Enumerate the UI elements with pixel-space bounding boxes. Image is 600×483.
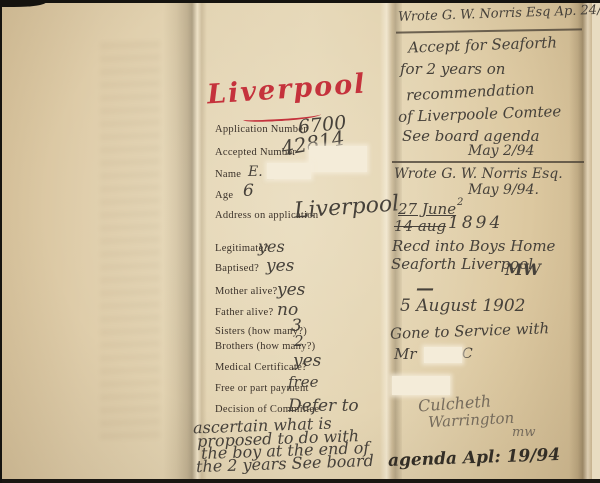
redaction-box-name bbox=[267, 163, 311, 179]
clerk-monogram: MW bbox=[505, 260, 541, 279]
value-baptised: yes bbox=[266, 256, 294, 276]
label-father-alive: Father alive? bbox=[215, 307, 273, 318]
value-brothers: 2 bbox=[294, 332, 304, 350]
photo-edge-left bbox=[0, 0, 2, 483]
photo-edge-top-left-corner bbox=[0, 0, 46, 7]
clerk-initials-small: mw bbox=[512, 425, 535, 440]
value-legitimate: yes bbox=[258, 237, 285, 256]
label-baptised: Baptised? bbox=[215, 263, 259, 274]
left-fold-crease bbox=[163, 0, 207, 483]
label-age: Age bbox=[215, 190, 233, 201]
label-name: Name bbox=[215, 169, 241, 180]
liverpool-red-stamp: Liverpool bbox=[206, 68, 367, 110]
note-wrote-norris-may: Wrote G. W. Norris Esq. bbox=[394, 166, 563, 182]
note-superscript-2: 2 bbox=[457, 197, 463, 208]
photo-edge-top bbox=[0, 0, 600, 3]
note-date-5-august-1902: 5 August 1902 bbox=[400, 296, 526, 316]
section-divider-2 bbox=[392, 161, 584, 163]
note-for-2-years: for 2 years on bbox=[400, 60, 505, 78]
note-received-boys-home: Recd into Boys Home bbox=[392, 237, 555, 255]
note-gone-to-service: Gone to Service with bbox=[390, 319, 550, 343]
note-accept-for-seaforth: Accept for Seaforth bbox=[408, 33, 558, 56]
right-fold-crease bbox=[569, 0, 594, 483]
note-struck-date-14-aug: 14 aug bbox=[394, 217, 446, 235]
label-mother-alive: Mother alive? bbox=[215, 286, 278, 297]
note-liverpool-committee: of Liverpoole Comtee bbox=[398, 102, 562, 126]
note-date-may-9-94: May 9/94. bbox=[468, 182, 539, 198]
note-date-may-2-94: May 2/94 bbox=[468, 143, 534, 159]
note-honorific-mr: Mr bbox=[394, 345, 417, 363]
value-age: 6 bbox=[243, 181, 254, 201]
value-mother-alive: yes bbox=[277, 280, 305, 300]
redaction-box-accepted-number bbox=[309, 146, 367, 172]
redaction-box-address bbox=[392, 376, 450, 395]
scanned-record-card: Liverpool Application Number Accepted Nu… bbox=[0, 0, 600, 483]
value-medical-certificate: yes bbox=[293, 351, 321, 371]
value-free-or-part-payment: free bbox=[288, 373, 318, 391]
ink-bleed-through bbox=[100, 40, 160, 440]
note-initial-c: C bbox=[462, 346, 473, 362]
redaction-box-surname bbox=[424, 347, 462, 363]
bottom-agenda-note: agenda Apl: 19/94 bbox=[388, 445, 561, 471]
right-page-edge bbox=[592, 0, 600, 483]
note-warrington: Warrington bbox=[428, 409, 515, 431]
note-recommendation: recommendation bbox=[406, 80, 535, 105]
note-year-1894: 1894 bbox=[448, 213, 503, 233]
photo-edge-bottom bbox=[0, 479, 600, 483]
